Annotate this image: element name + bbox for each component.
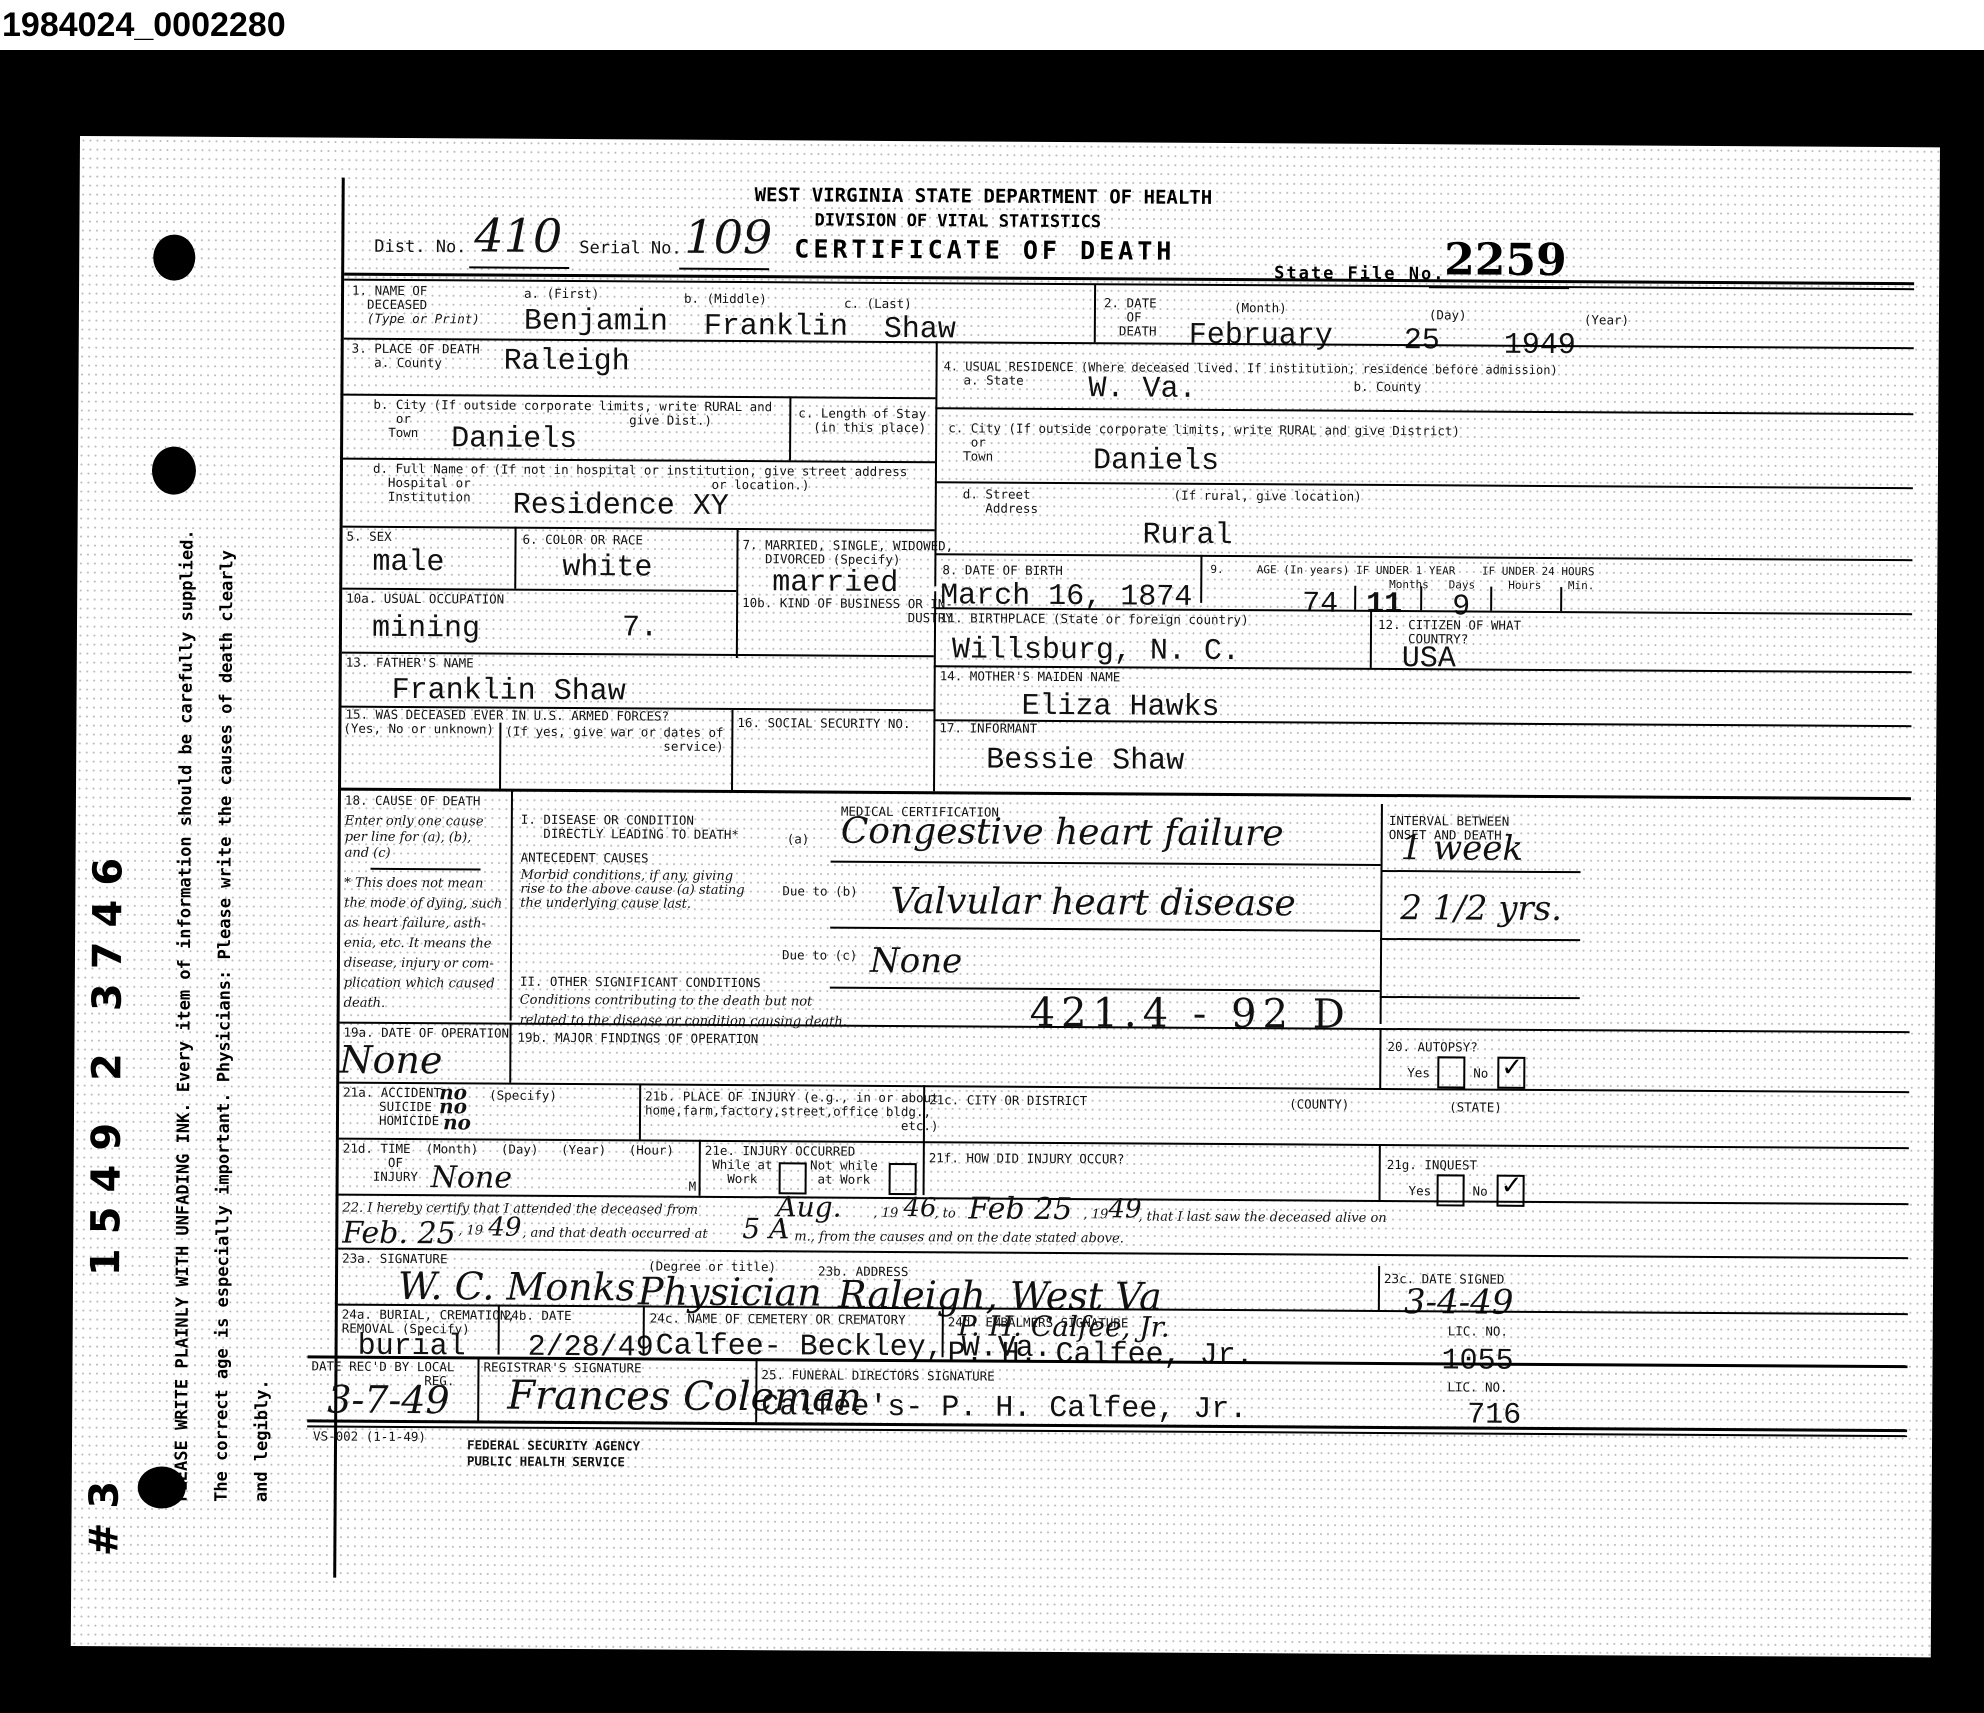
cause-c-label: Due to (c) bbox=[782, 948, 857, 962]
occupation-label: 10a. USUAL OCCUPATION bbox=[346, 592, 504, 607]
scan-id: 1984024_0002280 bbox=[2, 6, 286, 45]
residence-label: 4. USUAL RESIDENCE (Where deceased lived… bbox=[944, 359, 1558, 377]
director-lic-label: LIC. NO. bbox=[1447, 1380, 1507, 1394]
serial-value: 109 bbox=[684, 210, 772, 265]
death-year-label: (Year) bbox=[1584, 313, 1629, 327]
cause-b: Valvular heart disease bbox=[890, 881, 1296, 924]
cause-a-interval: 1 week bbox=[1401, 828, 1524, 869]
injury-not-at-work-checkbox[interactable] bbox=[889, 1163, 917, 1195]
birthplace: Willsburg, N. C. bbox=[952, 633, 1240, 669]
ssn-label: 16. SOCIAL SECURITY NO. bbox=[737, 716, 910, 731]
birthplace-label: 11. BIRTHPLACE (State or foreign country… bbox=[940, 611, 1249, 627]
cause-note: * This does not meanthe mode of dying, s… bbox=[344, 874, 503, 1015]
autopsy-yes-label: Yes bbox=[1407, 1066, 1430, 1080]
death-county: Raleigh bbox=[504, 345, 630, 380]
certify-to-date: Feb 25 bbox=[968, 1191, 1072, 1227]
certify-to-year-prefix: , 19 bbox=[1083, 1208, 1108, 1222]
margin-stamp-prefix: #3 bbox=[81, 1467, 128, 1557]
binder-hole-top bbox=[153, 234, 195, 280]
autopsy-no-checkbox[interactable]: ✓ bbox=[1497, 1057, 1525, 1089]
death-date-label: 2. DATE OF DEATH bbox=[1104, 296, 1157, 338]
death-day: 25 bbox=[1404, 324, 1440, 358]
sex: male bbox=[372, 546, 444, 580]
check-mark-icon: ✓ bbox=[1501, 1171, 1523, 1201]
form-number: VS-002 (1-1-49) bbox=[313, 1429, 426, 1444]
serial-underline bbox=[679, 268, 769, 271]
cause-b-interval: 2 1/2 yrs. bbox=[1400, 888, 1562, 929]
dist-underline bbox=[469, 266, 569, 269]
dist-value: 410 bbox=[474, 208, 562, 263]
occupation: mining bbox=[372, 612, 480, 647]
injury-m-label: M. bbox=[689, 1180, 704, 1194]
inquest-no-label: No bbox=[1473, 1185, 1488, 1199]
injury-homicide: no bbox=[443, 1110, 471, 1134]
certify-last-year: 49 bbox=[488, 1213, 521, 1243]
first-name: Benjamin bbox=[524, 305, 668, 340]
certify-to-year: 49 bbox=[1108, 1194, 1141, 1224]
division-title: DIVISION OF VITAL STATISTICS bbox=[814, 210, 1101, 232]
street-address: Rural bbox=[1142, 518, 1232, 553]
sex-label: 5. SEX bbox=[347, 530, 392, 544]
certify-text-2: , that I last saw the deceased alive on bbox=[1138, 1210, 1386, 1226]
operation-findings-label: 19b. MAJOR FINDINGS OF OPERATION bbox=[517, 1031, 758, 1046]
certify-to-label: , to bbox=[934, 1207, 955, 1221]
father-name: Franklin Shaw bbox=[392, 674, 626, 709]
death-month-label: (Month) bbox=[1234, 301, 1287, 315]
street-label: d. Street (If rural, give location) Addr… bbox=[963, 487, 1362, 517]
armed-forces-sub1: (Yes, No or unknown) bbox=[343, 722, 494, 737]
certificate-title: CERTIFICATE OF DEATH bbox=[794, 234, 1175, 265]
residence-city: Daniels bbox=[1093, 444, 1219, 479]
cause-a: Congestive heart failure bbox=[841, 811, 1284, 855]
certify-text-4: m., from the causes and on the date stat… bbox=[794, 1230, 1124, 1246]
length-of-stay-label: c. Length of Stay (in this place) bbox=[798, 406, 926, 435]
name-label: 1. NAME OF DECEASED (Type or Print) bbox=[352, 284, 480, 327]
embalmer-lic-label: LIC. NO. bbox=[1448, 1324, 1508, 1338]
injury-county-label: (COUNTY) bbox=[1289, 1097, 1349, 1111]
dob-label: 8. DATE OF BIRTH bbox=[942, 563, 1063, 578]
other-conditions-label: II. OTHER SIGNIFICANT CONDITIONS bbox=[520, 975, 761, 990]
operation-date: None bbox=[339, 1038, 442, 1083]
dept-title: WEST VIRGINIA STATE DEPARTMENT OF HEALTH bbox=[755, 184, 1213, 209]
place-of-death-label: 3. PLACE OF DEATH a. County bbox=[352, 342, 480, 371]
middle-label: b. (Middle) bbox=[684, 292, 767, 307]
certify-from-year: 46 bbox=[903, 1193, 936, 1223]
binder-hole-middle bbox=[152, 446, 196, 494]
marital-label: 7. MARRIED, SINGLE, WIDOWED, DIVORCED (S… bbox=[742, 538, 953, 567]
cause-b-label: Due to (b) bbox=[782, 884, 857, 898]
inquest-yes-label: Yes bbox=[1409, 1184, 1432, 1198]
cause-label: 18. CAUSE OF DEATH bbox=[345, 794, 481, 809]
director: Calfee's- P. H. Calfee, Jr. bbox=[761, 1390, 1247, 1427]
injury-how-label: 21f. HOW DID INJURY OCCUR? bbox=[929, 1151, 1125, 1166]
mother-label: 14. MOTHER'S MAIDEN NAME bbox=[940, 669, 1121, 684]
race-label: 6. COLOR OR RACE bbox=[522, 533, 643, 548]
armed-forces-sub2: (If yes, give war or dates of service) bbox=[505, 725, 723, 754]
business-label: 10b. KIND OF BUSINESS OR IN- DUSTRY bbox=[742, 596, 953, 625]
certify-last-year-prefix: , 19 bbox=[458, 1224, 483, 1238]
race: white bbox=[562, 551, 652, 586]
injury-city-label: 21c. CITY OR DISTRICT bbox=[929, 1093, 1087, 1108]
occupation-mark: 7. bbox=[622, 611, 658, 645]
injury-time: None bbox=[431, 1160, 513, 1195]
age-label: 9. AGE (In years) IF UNDER 1 YEAR IF UND… bbox=[1210, 563, 1594, 593]
citizen: USA bbox=[1402, 642, 1456, 676]
certify-from-year-prefix: , 19 bbox=[873, 1207, 898, 1221]
margin-instructions-2: The correct age is especially important.… bbox=[212, 550, 238, 1502]
informant: Bessie Shaw bbox=[986, 744, 1184, 779]
hospital-name: Residence XY bbox=[513, 489, 729, 524]
injury-state-label: (STATE) bbox=[1449, 1100, 1502, 1114]
injury-place-label: 21b. PLACE OF INJURY (e.g., in or abouth… bbox=[645, 1089, 939, 1133]
informant-label: 17. INFORMANT bbox=[939, 721, 1037, 736]
residence-state-label: a. State bbox=[963, 373, 1023, 387]
last-label: c. (Last) bbox=[844, 297, 912, 311]
autopsy-no-label: No bbox=[1473, 1067, 1488, 1081]
margin-stamp-number: 1549 2 3746 bbox=[83, 844, 132, 1277]
burial-date-label: 24b. DATE bbox=[504, 1309, 572, 1323]
cause-c: None bbox=[870, 941, 962, 982]
margin-instructions-1: PLEASE WRITE PLAINLY WITH UNFADING INK. … bbox=[172, 529, 198, 1501]
first-label: a. (First) bbox=[524, 287, 599, 301]
footer-agency: FEDERAL SECURITY AGENCY bbox=[467, 1438, 640, 1453]
certify-time: 5 A bbox=[742, 1212, 789, 1245]
injury-homicide-label: HOMICIDE bbox=[379, 1114, 439, 1128]
autopsy-yes-checkbox[interactable] bbox=[1437, 1056, 1465, 1088]
footer-service: PUBLIC HEALTH SERVICE bbox=[467, 1454, 625, 1469]
direct-cause-label: I. DISEASE OR CONDITION DIRECTLY LEADING… bbox=[521, 813, 739, 842]
director-label: 25. FUNERAL DIRECTORS SIGNATURE bbox=[761, 1368, 994, 1383]
date-signed: 3-4-49 bbox=[1404, 1282, 1514, 1323]
antecedent-note: Morbid conditions, if any, givingrise to… bbox=[520, 869, 744, 912]
antecedent-label: ANTECEDENT CAUSES bbox=[521, 851, 649, 866]
autopsy-label: 20. AUTOPSY? bbox=[1387, 1040, 1477, 1055]
received-date: 3-7-49 bbox=[327, 1378, 450, 1423]
margin-instructions-3: and legibly. bbox=[252, 1379, 273, 1502]
cause-instructions: Enter only one causeper line for (a), (b… bbox=[345, 814, 484, 863]
certify-last-seen: Feb. 25 bbox=[342, 1216, 456, 1252]
inquest-label: 21g. INQUEST bbox=[1387, 1158, 1477, 1173]
certificate-paper: PLEASE WRITE PLAINLY WITH UNFADING INK. … bbox=[71, 136, 1940, 1657]
age-years: 74 bbox=[1302, 587, 1338, 621]
cause-a-label: (a) bbox=[787, 832, 810, 846]
certify-text-3: , and that death occurred at bbox=[522, 1227, 707, 1242]
father-label: 13. FATHER'S NAME bbox=[346, 656, 474, 671]
residence-state: W. Va. bbox=[1088, 372, 1196, 407]
death-month: February bbox=[1189, 319, 1333, 354]
death-city: Daniels bbox=[451, 422, 577, 457]
cause-code: 421.4 - 92 D bbox=[1030, 990, 1351, 1038]
check-mark-icon: ✓ bbox=[1501, 1053, 1523, 1083]
residence-county-label: b. County bbox=[1353, 380, 1421, 394]
certificate-form: WEST VIRGINIA STATE DEPARTMENT OF HEALTH… bbox=[333, 178, 1912, 1588]
physician-signature: W. C. Monks bbox=[398, 1264, 636, 1309]
injury-specify-label: (Specify) bbox=[489, 1089, 557, 1103]
serial-label: Serial No. bbox=[579, 241, 681, 256]
dist-label: Dist. No. bbox=[374, 240, 466, 255]
death-day-label: (Day) bbox=[1429, 308, 1467, 322]
state-file-value: 2259 bbox=[1444, 234, 1567, 286]
cemetery-label: 24c. NAME OF CEMETERY OR CREMATORY bbox=[650, 1312, 906, 1328]
